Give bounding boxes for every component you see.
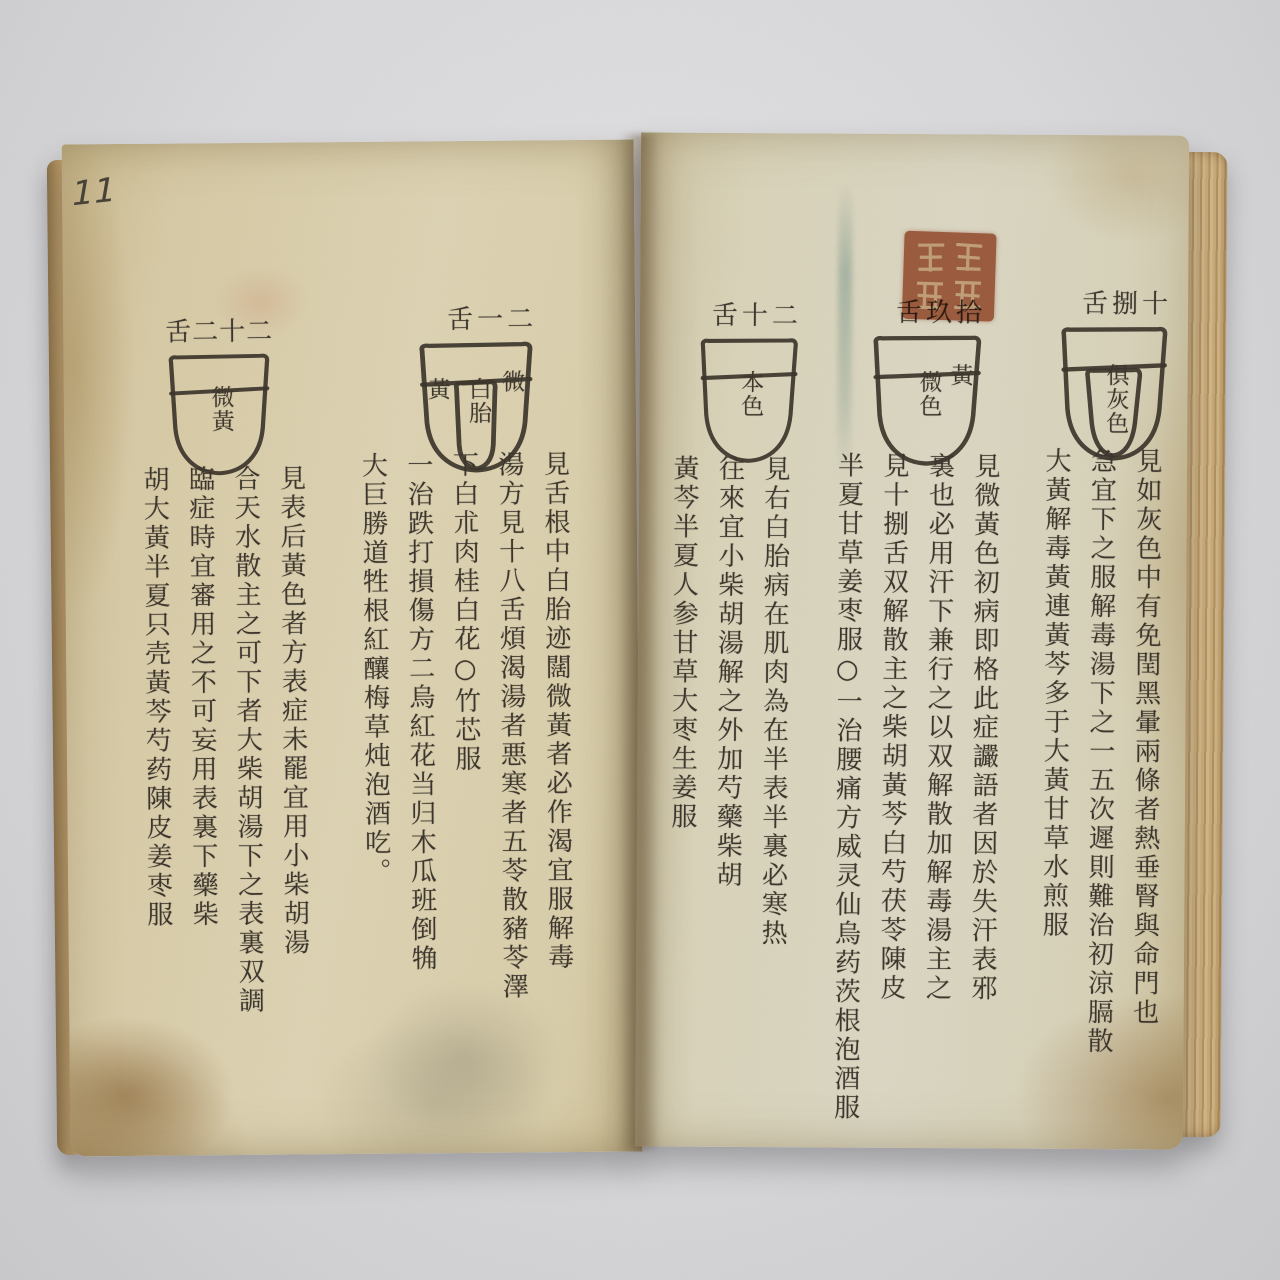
tongue-coating-label: 黃 <box>944 363 977 387</box>
text-column: 一治跌打損傷方二烏紅花当归木瓜班倒觕 <box>394 451 445 1123</box>
text-column: 裏也必用汗下兼行之以双解散加解毒湯主之 <box>912 452 962 1142</box>
text-column: 見舌根中白胎迹闊微黃者必作渴宜服解毒 <box>531 450 582 1122</box>
text-column: 半夏甘草姜枣服○一治腰痛方威灵仙烏药茨根泡酒服 <box>821 451 871 1141</box>
blue-ink-streak <box>837 182 853 482</box>
tongue-coating-label: 微黃 <box>204 385 237 433</box>
tongue-number-label: 舌十二 <box>712 295 802 333</box>
left-page-text-section-1: 見舌根中白胎迹闊微黃者必作渴宜服解毒湯方見十八舌煩渴湯者悪寒者五苓散豬苓澤下白朮… <box>326 450 582 1124</box>
tongue-coating-label: 俱灰色 <box>1099 363 1132 435</box>
tongue-coating-label: 本色 <box>734 370 767 418</box>
text-column: 見右白胎病在肌肉為在半表半裏必寒热 <box>748 455 798 1117</box>
left-page-text-section-2: 見表后黃色者方表症未罷宜用小柴胡湯合天水散主之可下者大柴胡湯下之表裏双調臨症時宜… <box>100 464 318 1128</box>
text-column: 大黃解毒黃連黃芩多于大黃甘草水煎服 <box>1028 447 1078 1139</box>
text-column: 合天水散主之可下者大柴胡湯下之表裏双調 <box>221 465 272 1127</box>
tongue-number-label: 舌二十二 <box>165 311 273 349</box>
text-column: 胡大黃半夏只壳黃芩芍药陳皮姜枣服 <box>130 466 181 1128</box>
text-column: 大巨勝道牲根紅釀梅草炖泡酒吃。 <box>349 452 400 1124</box>
right-page: 舌十二本色 舌玖拾微色黃 舌捌十俱灰色 見如灰色中有免閏黑暈兩條者熱垂腎與命門也… <box>635 132 1189 1149</box>
tongue-diagram-18: 舌捌十俱灰色 <box>1053 287 1174 468</box>
text-column: 見表后黃色者方表症未罷宜用小柴胡湯 <box>267 464 318 1126</box>
tongue-diagram-20: 舌十二本色 <box>693 299 804 470</box>
tongue-coating-label: 白胎 <box>462 377 495 425</box>
text-column: 臨症時宜審用之不可妄用表裏下藥柴 <box>176 465 227 1127</box>
text-column: 湯方見十八舌煩渴湯者悪寒者五苓散豬苓澤 <box>485 450 536 1122</box>
seal-script-marks <box>902 231 997 322</box>
open-manuscript-book: 11 舌一二微白胎黃 舌二十二微黃 見舌根中白胎迹闊微黃者必作渴宜服解毒湯方見十… <box>50 112 1230 1187</box>
tongue-number-label: 舌捌十 <box>1082 283 1172 321</box>
right-page-text-section-3: 見右白胎病在肌肉為在半表半裏必寒热往來宜小柴胡湯解之外加芍藥柴胡黃芩半夏人参甘草… <box>643 454 797 1117</box>
tongue-number-label: 舌一二 <box>447 298 537 336</box>
tongue-coating-label: 黃 <box>421 377 454 401</box>
text-column: 急宜下之服解毒湯下之一五次遲則難治初涼膈散 <box>1074 447 1124 1139</box>
page-number: 11 <box>68 170 119 215</box>
text-column: 見十捌舌双解散主之柴胡黃芩白芍茯苓陳皮 <box>866 452 916 1142</box>
right-page-text-section-1: 見如灰色中有免閏黑暈兩條者熱垂腎與命門也急宜下之服解毒湯下之一五次遲則難治初涼膈… <box>1007 447 1169 1140</box>
text-column: 黃芩半夏人参甘草大枣生姜服 <box>657 454 707 1116</box>
red-seal-stamp <box>902 231 997 322</box>
right-page-text-section-2: 見微黃色初病即格此症讝語者因於失汗表邪裏也必用汗下兼行之以双解散加解毒湯主之見十… <box>805 451 1007 1142</box>
tongue-diagram-19: 舌玖拾微色黃 <box>865 296 988 473</box>
left-page: 11 舌一二微白胎黃 舌二十二微黃 見舌根中白胎迹闊微黃者必作渴宜服解毒湯方見十… <box>62 140 643 1157</box>
text-column: 下白朮肉桂白花○竹芯服 <box>440 451 491 1123</box>
tongue-coating-label: 微 <box>495 369 528 393</box>
text-column: 往來宜小柴胡湯解之外加芍藥柴胡 <box>702 455 752 1117</box>
text-column: 見微黃色初病即格此症讝語者因於失汗表邪 <box>957 452 1007 1142</box>
tongue-diagram-22: 舌二十二微黃 <box>161 315 276 482</box>
text-column: 見如灰色中有免閏黑暈兩條者熱垂腎與命門也 <box>1119 447 1169 1139</box>
tongue-coating-label: 微色 <box>912 370 945 418</box>
